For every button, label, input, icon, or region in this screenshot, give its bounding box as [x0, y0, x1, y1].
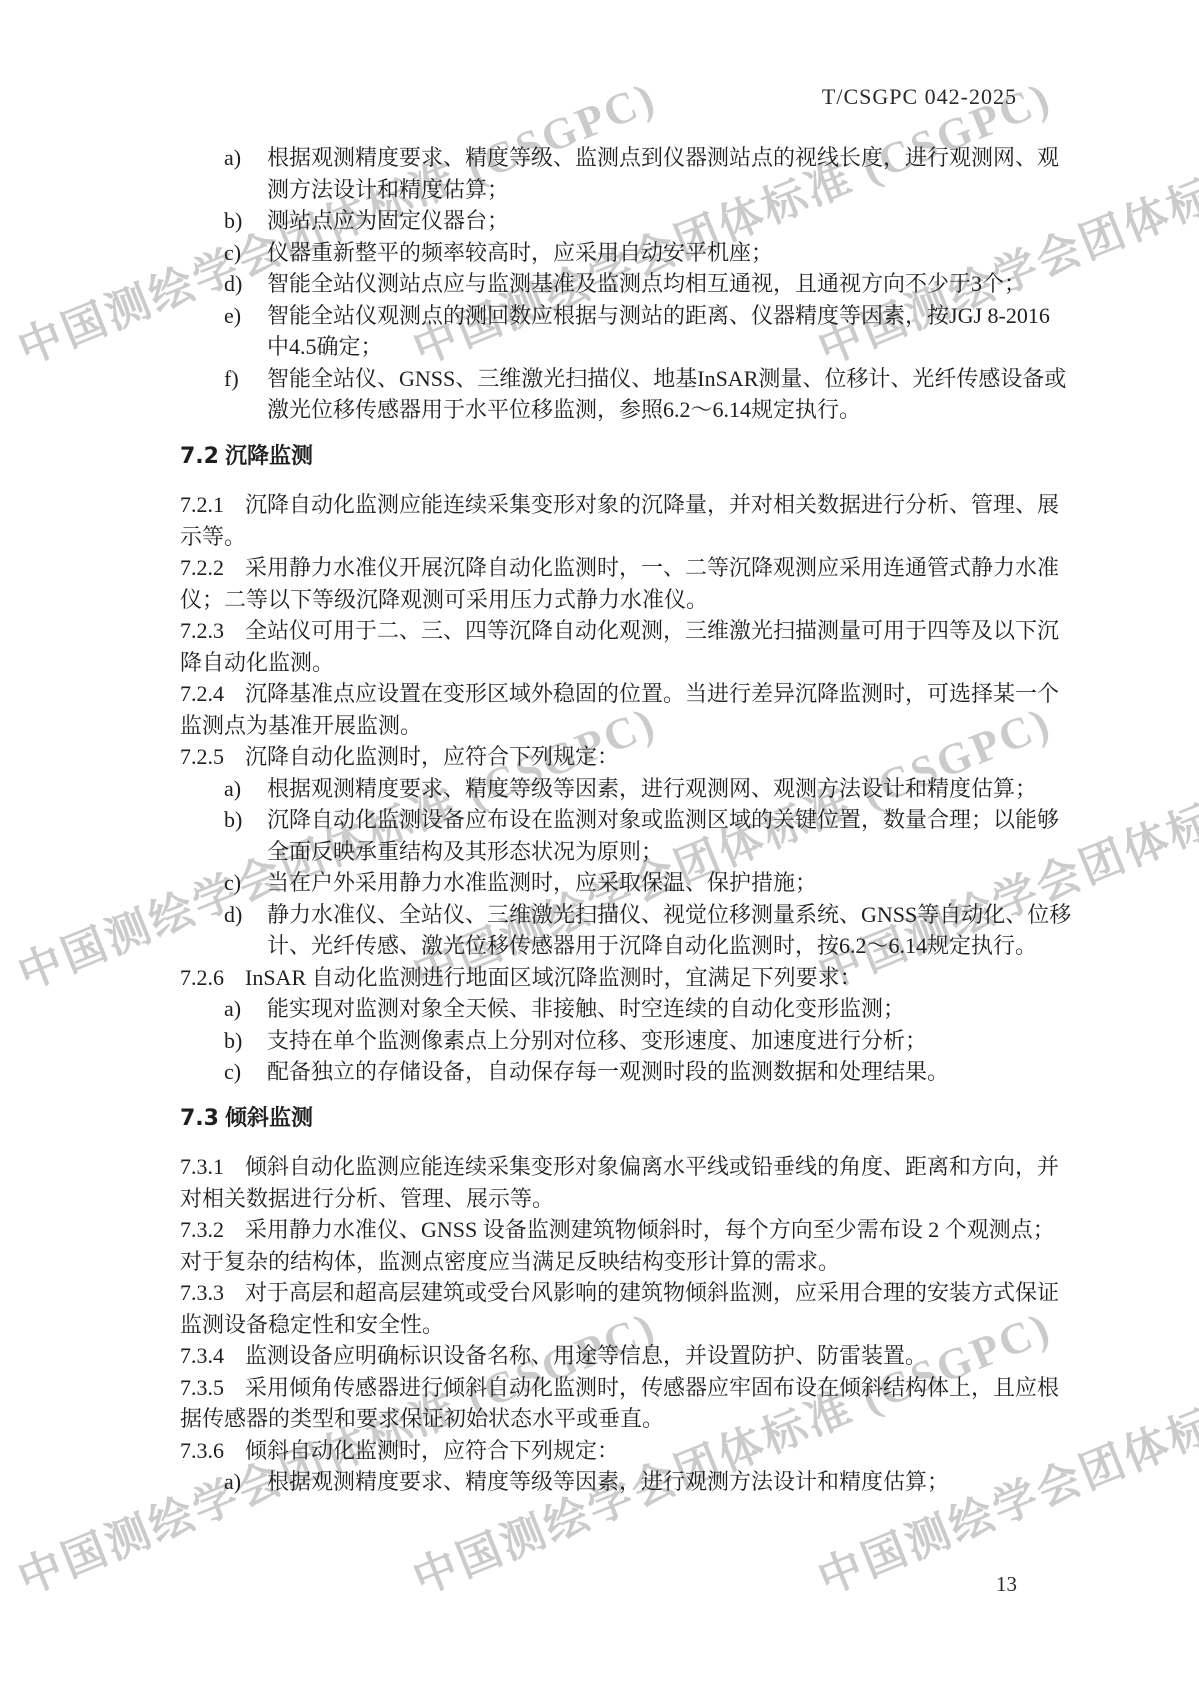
line-text: InSAR 自动化监测进行地面区域沉降监测时，宜满足下列要求：	[245, 965, 862, 990]
line-text: 采用静力水准仪、GNSS 设备监测建筑物倾斜时，每个方向至少需布设 2 个观测点…	[245, 1217, 1055, 1242]
line-text: 对于复杂的结构体，监测点密度应当满足反映结构变形计算的需求。	[180, 1249, 840, 1274]
line-text: 智能全站仪观测点的测回数应根据与测站的距离、仪器精度等因素，按JGJ 8-201…	[267, 303, 1050, 328]
clause-number: 7.2.4	[180, 678, 245, 710]
line-text: 根据观测精度要求、精度等级等因素，进行观测网、观测方法设计和精度估算；	[267, 776, 1037, 801]
item-label: d)	[224, 899, 267, 931]
text-line: 降自动化监测。	[180, 647, 1060, 679]
line-text: 监测设备稳定性和安全性。	[180, 1312, 444, 1337]
line-text: 根据观测精度要求、精度等级等因素，进行观测方法设计和精度估算；	[267, 1469, 949, 1494]
section-heading: 7.3倾斜监测	[180, 1103, 1060, 1135]
text-line: e)智能全站仪观测点的测回数应根据与测站的距离、仪器精度等因素，按JGJ 8-2…	[180, 300, 1060, 332]
text-line: d)静力水准仪、全站仪、三维激光扫描仪、视觉位移测量系统、GNSS等自动化、位移	[180, 899, 1060, 931]
item-label: e)	[224, 300, 267, 332]
item-label: d)	[224, 268, 267, 300]
page-number: 13	[996, 1572, 1017, 1597]
text-line: 对于复杂的结构体，监测点密度应当满足反映结构变形计算的需求。	[180, 1246, 1060, 1278]
text-line: b)沉降自动化监测设备应布设在监测对象或监测区域的关键位置，数量合理；以能够	[180, 804, 1060, 836]
item-label: c)	[224, 867, 267, 899]
clause-number: 7.2	[180, 441, 225, 473]
clause-number: 7.2.6	[180, 962, 245, 994]
text-line: 7.3.4监测设备应明确标识设备名称、用途等信息，并设置防护、防雷装置。	[180, 1340, 1060, 1372]
line-text: 能实现对监测对象全天候、非接触、时空连续的自动化变形监测；	[267, 996, 905, 1021]
line-text: 测站点应为固定仪器台；	[267, 208, 509, 233]
text-line: b)测站点应为固定仪器台；	[180, 205, 1060, 237]
text-line: a)根据观测精度要求、精度等级等因素，进行观测网、观测方法设计和精度估算；	[180, 773, 1060, 805]
item-label: a)	[224, 993, 267, 1025]
item-label: c)	[224, 237, 267, 269]
line-text: 沉降自动化监测应能连续采集变形对象的沉降量，并对相关数据进行分析、管理、展	[245, 492, 1059, 517]
item-label: b)	[224, 205, 267, 237]
text-line: 7.2.2采用静力水准仪开展沉降自动化监测时，一、二等沉降观测应采用连通管式静力…	[180, 552, 1060, 584]
text-line: 测方法设计和精度估算；	[180, 174, 1060, 206]
line-text: 倾斜自动化监测应能连续采集变形对象偏离水平线或铅垂线的角度、距离和方向，并	[245, 1154, 1059, 1179]
item-label: c)	[224, 1056, 267, 1088]
text-line: 监测点为基准开展监测。	[180, 710, 1060, 742]
line-text: 智能全站仪、GNSS、三维激光扫描仪、地基InSAR测量、位移计、光纤传感设备或	[267, 366, 1066, 391]
clause-number: 7.3.6	[180, 1435, 245, 1467]
line-text: 根据观测精度要求、精度等级、监测点到仪器测站点的视线长度，进行观测网、观	[267, 145, 1059, 170]
text-line: 示等。	[180, 521, 1060, 553]
clause-number: 7.3.1	[180, 1151, 245, 1183]
text-line: 监测设备稳定性和安全性。	[180, 1309, 1060, 1341]
item-label: a)	[224, 1466, 267, 1498]
clause-number: 7.3.5	[180, 1372, 245, 1404]
text-line: 仪；二等以下等级沉降观测可采用压力式静力水准仪。	[180, 584, 1060, 616]
line-text: 仪；二等以下等级沉降观测可采用压力式静力水准仪。	[180, 587, 708, 612]
text-line: a)根据观测精度要求、精度等级等因素，进行观测方法设计和精度估算；	[180, 1466, 1060, 1498]
line-text: 倾斜监测	[225, 1106, 313, 1131]
line-text: 中4.5确定；	[267, 334, 383, 359]
clause-number: 7.2.5	[180, 741, 245, 773]
clause-number: 7.3.2	[180, 1214, 245, 1246]
line-text: 计、光纤传感、激光位移传感器用于沉降自动化监测时，按6.2～6.14规定执行。	[267, 933, 1037, 958]
text-line: f)智能全站仪、GNSS、三维激光扫描仪、地基InSAR测量、位移计、光纤传感设…	[180, 363, 1060, 395]
item-label: a)	[224, 142, 267, 174]
text-line: 据传感器的类型和要求保证初始状态水平或垂直。	[180, 1403, 1060, 1435]
document-page: 中国测绘学会团体标准 (CSGPC) 中国测绘学会团体标准 (CSGPC) 中国…	[0, 0, 1199, 1696]
line-text: 沉降自动化监测设备应布设在监测对象或监测区域的关键位置，数量合理；以能够	[267, 807, 1059, 832]
text-line: 7.3.2采用静力水准仪、GNSS 设备监测建筑物倾斜时，每个方向至少需布设 2…	[180, 1214, 1060, 1246]
text-line: 计、光纤传感、激光位移传感器用于沉降自动化监测时，按6.2～6.14规定执行。	[180, 930, 1060, 962]
text-line: 激光位移传感器用于水平位移监测，参照6.2～6.14规定执行。	[180, 394, 1060, 426]
item-label: b)	[224, 1025, 267, 1057]
line-text: 智能全站仪测站点应与监测基准及监测点均相互通视，且通视方向不少于3个；	[267, 271, 1026, 296]
line-text: 对相关数据进行分析、管理、展示等。	[180, 1186, 554, 1211]
clause-number: 7.2.3	[180, 615, 245, 647]
clause-number: 7.3.3	[180, 1277, 245, 1309]
line-text: 测方法设计和精度估算；	[267, 177, 509, 202]
line-text: 示等。	[180, 524, 246, 549]
text-line: 7.2.4沉降基准点应设置在变形区域外稳固的位置。当进行差异沉降监测时，可选择某…	[180, 678, 1060, 710]
line-text: 沉降自动化监测时，应符合下列规定：	[245, 744, 619, 769]
item-label: f)	[224, 363, 267, 395]
line-text: 激光位移传感器用于水平位移监测，参照6.2～6.14规定执行。	[267, 397, 861, 422]
line-text: 沉降监测	[225, 444, 313, 469]
text-line: a)能实现对监测对象全天候、非接触、时空连续的自动化变形监测；	[180, 993, 1060, 1025]
line-text: 沉降基准点应设置在变形区域外稳固的位置。当进行差异沉降监测时，可选择某一个	[245, 681, 1059, 706]
document-code-header: T/CSGPC 042-2025	[822, 84, 1017, 110]
text-line: a)根据观测精度要求、精度等级、监测点到仪器测站点的视线长度，进行观测网、观	[180, 142, 1060, 174]
text-line: 7.2.5沉降自动化监测时，应符合下列规定：	[180, 741, 1060, 773]
text-line: 7.3.3对于高层和超高层建筑或受台风影响的建筑物倾斜监测，应采用合理的安装方式…	[180, 1277, 1060, 1309]
text-line: c)配备独立的存储设备，自动保存每一观测时段的监测数据和处理结果。	[180, 1056, 1060, 1088]
text-line: b)支持在单个监测像素点上分别对位移、变形速度、加速度进行分析；	[180, 1025, 1060, 1057]
text-line: 7.2.3全站仪可用于二、三、四等沉降自动化观测，三维激光扫描测量可用于四等及以…	[180, 615, 1060, 647]
text-line: 全面反映承重结构及其形态状况为原则；	[180, 836, 1060, 868]
line-text: 当在户外采用静力水准监测时，应采取保温、保护措施；	[267, 870, 817, 895]
line-text: 采用静力水准仪开展沉降自动化监测时，一、二等沉降观测应采用连通管式静力水准	[245, 555, 1059, 580]
line-text: 采用倾角传感器进行倾斜自动化监测时，传感器应牢固布设在倾斜结构体上，且应根	[245, 1375, 1059, 1400]
clause-number: 7.3.4	[180, 1340, 245, 1372]
line-text: 据传感器的类型和要求保证初始状态水平或垂直。	[180, 1406, 664, 1431]
line-text: 配备独立的存储设备，自动保存每一观测时段的监测数据和处理结果。	[267, 1059, 949, 1084]
clause-number: 7.3	[180, 1103, 225, 1135]
line-text: 监测点为基准开展监测。	[180, 713, 422, 738]
item-label: a)	[224, 773, 267, 805]
line-text: 对于高层和超高层建筑或受台风影响的建筑物倾斜监测，应采用合理的安装方式保证	[245, 1280, 1059, 1305]
line-text: 静力水准仪、全站仪、三维激光扫描仪、视觉位移测量系统、GNSS等自动化、位移	[267, 902, 1071, 927]
clause-number: 7.2.1	[180, 489, 245, 521]
text-line: 对相关数据进行分析、管理、展示等。	[180, 1183, 1060, 1215]
text-line: c)仪器重新整平的频率较高时，应采用自动安平机座；	[180, 237, 1060, 269]
text-line: 7.2.1沉降自动化监测应能连续采集变形对象的沉降量，并对相关数据进行分析、管理…	[180, 489, 1060, 521]
text-line: 7.2.6InSAR 自动化监测进行地面区域沉降监测时，宜满足下列要求：	[180, 962, 1060, 994]
text-line: 7.3.1倾斜自动化监测应能连续采集变形对象偏离水平线或铅垂线的角度、距离和方向…	[180, 1151, 1060, 1183]
document-body: a)根据观测精度要求、精度等级、监测点到仪器测站点的视线长度，进行观测网、观测方…	[180, 142, 1060, 1498]
line-text: 降自动化监测。	[180, 650, 334, 675]
text-line: 中4.5确定；	[180, 331, 1060, 363]
clause-number: 7.2.2	[180, 552, 245, 584]
line-text: 监测设备应明确标识设备名称、用途等信息，并设置防护、防雷装置。	[245, 1343, 927, 1368]
text-line: 7.3.5采用倾角传感器进行倾斜自动化监测时，传感器应牢固布设在倾斜结构体上，且…	[180, 1372, 1060, 1404]
line-text: 全面反映承重结构及其形态状况为原则；	[267, 839, 663, 864]
line-text: 仪器重新整平的频率较高时，应采用自动安平机座；	[267, 240, 773, 265]
section-heading: 7.2沉降监测	[180, 441, 1060, 473]
line-text: 支持在单个监测像素点上分别对位移、变形速度、加速度进行分析；	[267, 1028, 927, 1053]
line-text: 倾斜自动化监测时，应符合下列规定：	[245, 1438, 619, 1463]
item-label: b)	[224, 804, 267, 836]
text-line: d)智能全站仪测站点应与监测基准及监测点均相互通视，且通视方向不少于3个；	[180, 268, 1060, 300]
line-text: 全站仪可用于二、三、四等沉降自动化观测，三维激光扫描测量可用于四等及以下沉	[245, 618, 1059, 643]
text-line: 7.3.6倾斜自动化监测时，应符合下列规定：	[180, 1435, 1060, 1467]
text-line: c)当在户外采用静力水准监测时，应采取保温、保护措施；	[180, 867, 1060, 899]
